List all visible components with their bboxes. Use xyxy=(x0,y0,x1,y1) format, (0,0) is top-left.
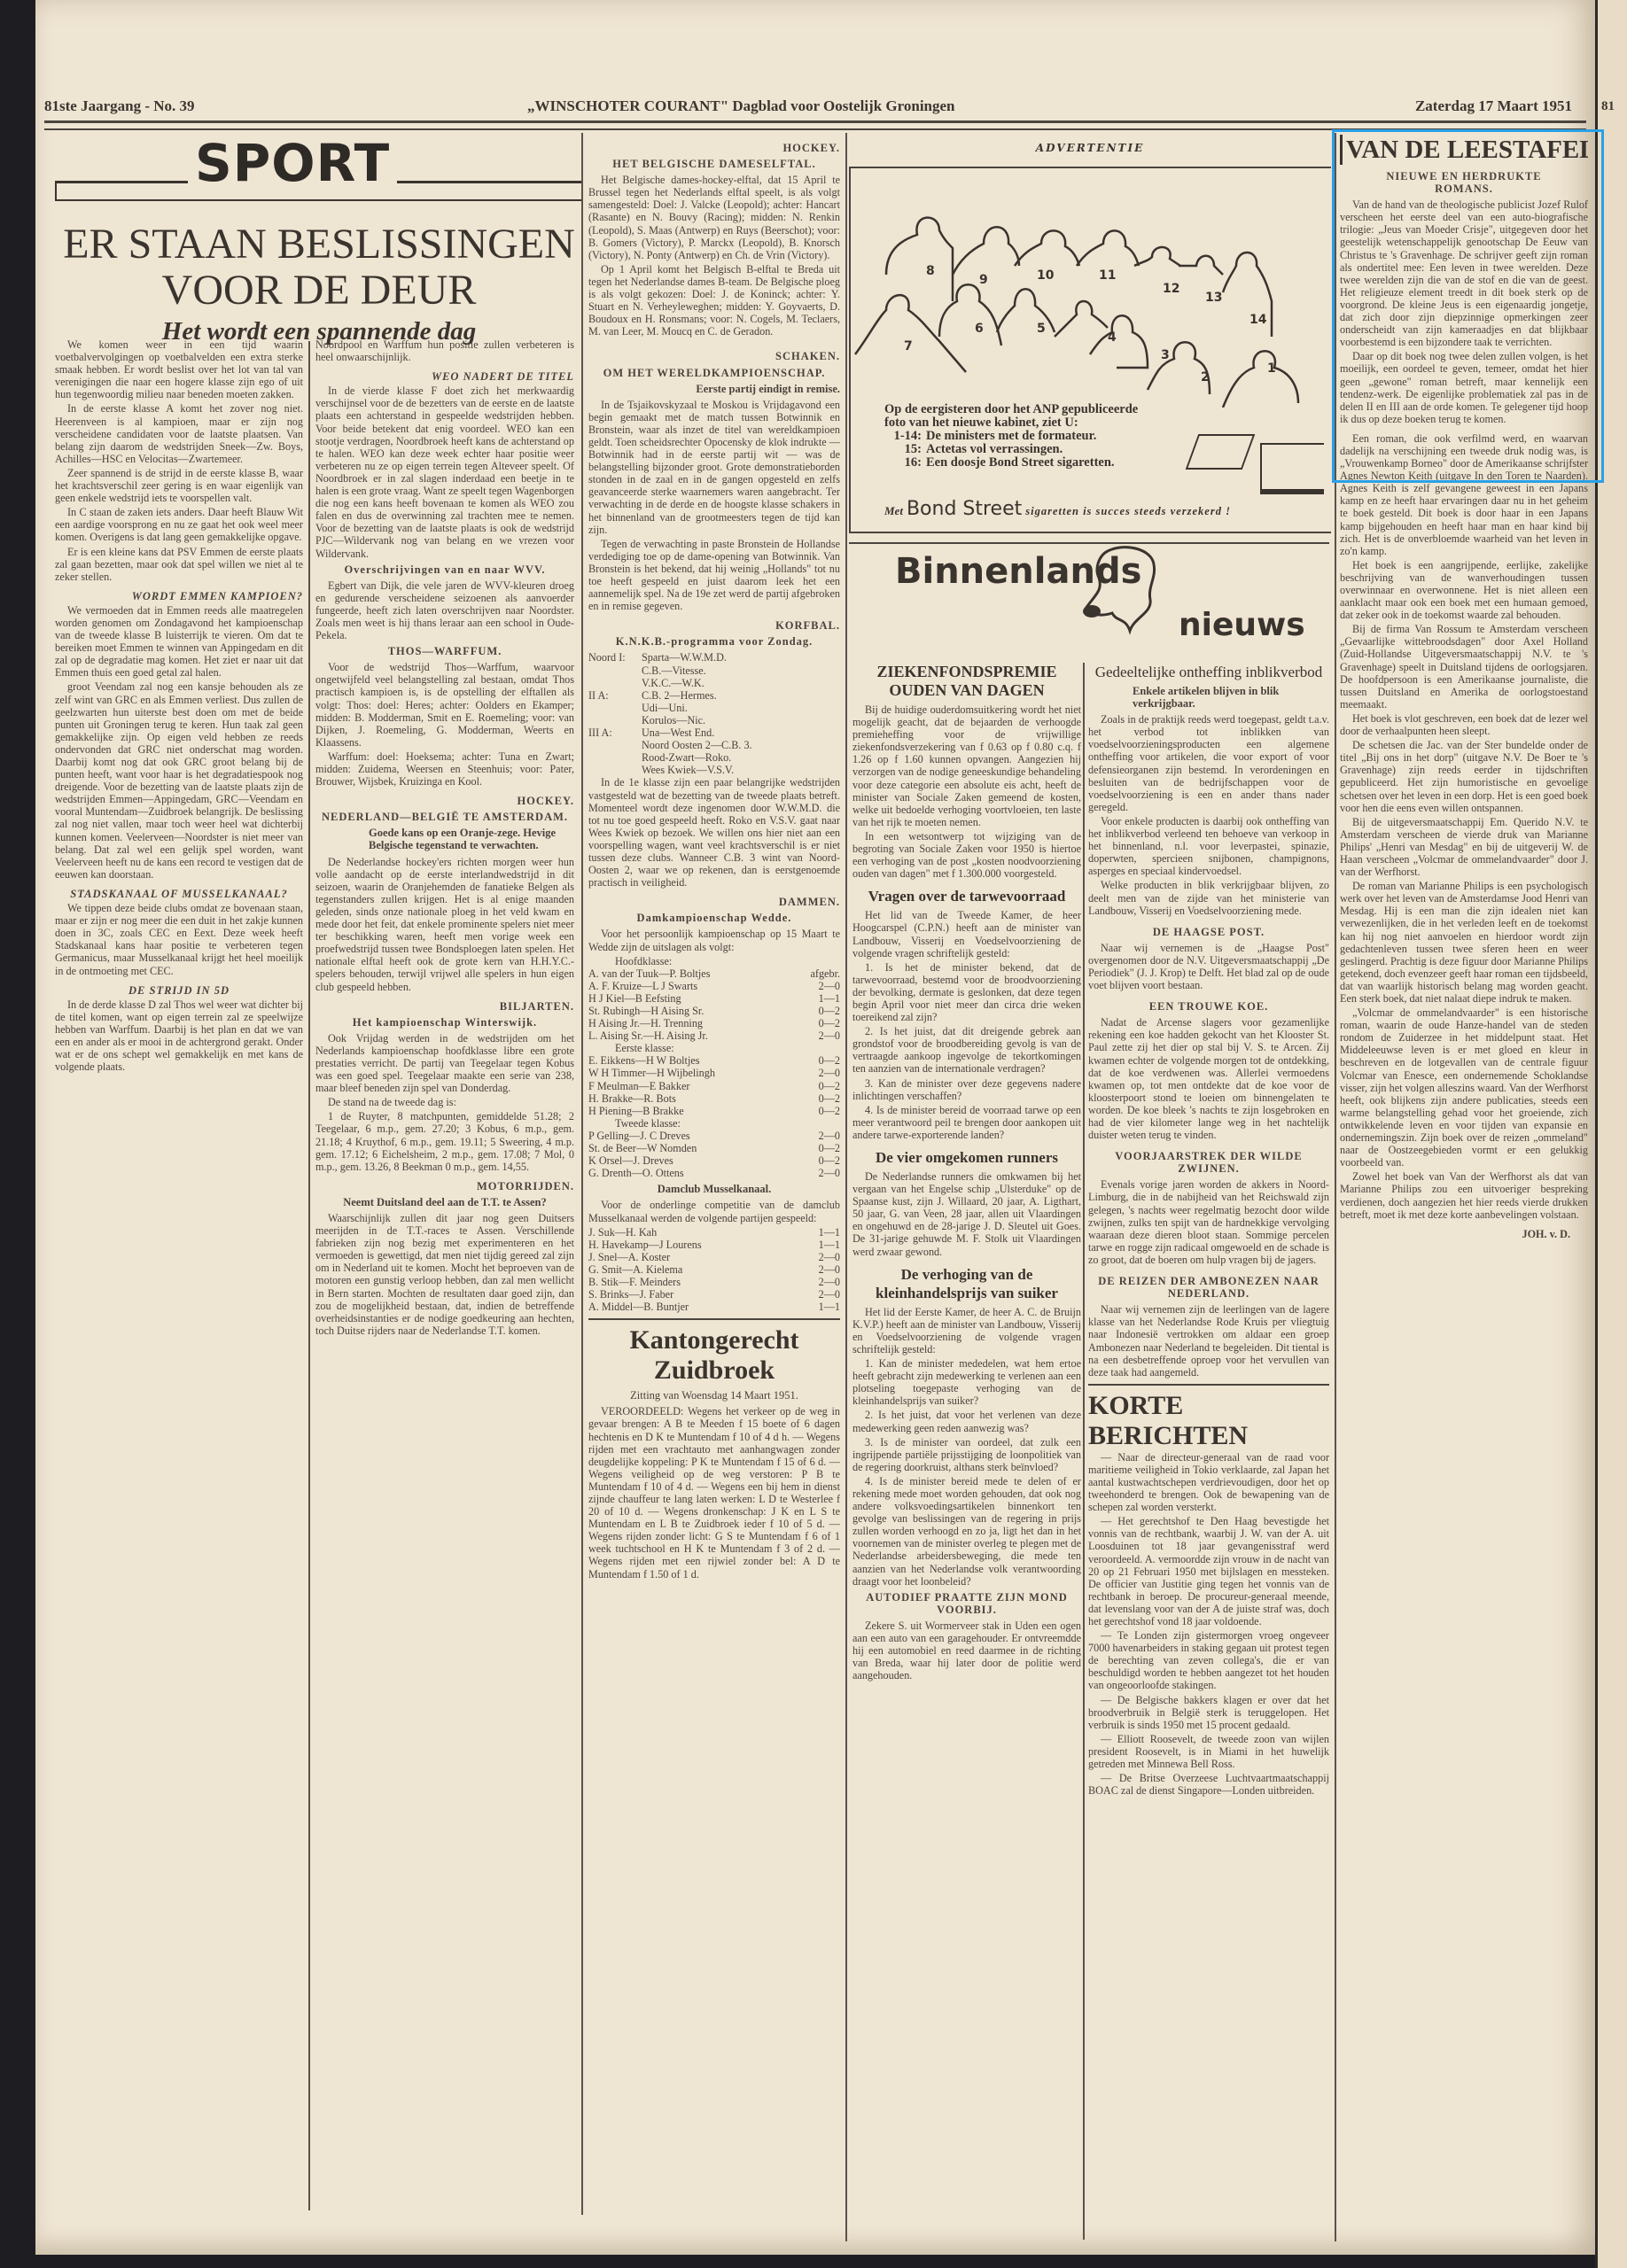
svg-text:1: 1 xyxy=(1267,361,1276,376)
dammen-results-table: Hoofdklasse:A. van der Tuuk—P. Boltjesaf… xyxy=(588,955,840,1180)
article-paragraph: In de derde klasse D zal Thos wel weer w… xyxy=(55,998,303,1074)
article-paragraph: 4. Is de minister bereid de voorraad tar… xyxy=(852,1104,1081,1141)
sport-column-3: HOCKEY. HET BELGISCHE DAMESELFTAL. Het B… xyxy=(588,142,840,2241)
korfbal-class: II A: xyxy=(588,689,642,702)
advertisement-caption: Op de eergisteren door het ANP gepublice… xyxy=(884,403,1150,470)
class-label: Tweede klasse: xyxy=(588,1117,840,1130)
svg-text:8: 8 xyxy=(926,264,935,278)
result-row: H. Brakke—R. Bots0—2 xyxy=(588,1092,840,1105)
section-heading: OM HET WERELDKAMPIOENSCHAP. xyxy=(588,367,840,379)
section-subheading: Het kampioenschap Winterswijk. xyxy=(315,1016,574,1029)
brand-name: Bond Street xyxy=(907,498,1022,520)
korfbal-row: Rood-Zwart—Roko. xyxy=(588,751,840,764)
kantongerecht-date: Zitting van Woensdag 14 Maart 1951. xyxy=(588,1389,840,1402)
svg-text:3: 3 xyxy=(1161,348,1170,362)
match-players: S. Brinks—J. Faber xyxy=(588,1288,673,1301)
korfbal-class: III A: xyxy=(588,726,642,739)
match-players: P Gelling—J. C Dreves xyxy=(588,1130,690,1142)
match-players: A. F. Kruize—L J Swarts xyxy=(588,980,697,992)
article-paragraph: Ook Vrijdag werden in de wedstrijden om … xyxy=(315,1032,574,1094)
result-row: St. de Beer—W Nomden0—2 xyxy=(588,1142,840,1154)
result-row: St. Rubingh—H Aising Sr.0—2 xyxy=(588,1005,840,1017)
korfbal-match: Wees Kwiek—V.S.V. xyxy=(642,764,734,776)
briefcase-icon xyxy=(1260,443,1324,494)
article-paragraph: De stand na de tweede dag is: xyxy=(315,1096,574,1108)
cabinet-cartoon-illustration: 1234567891011121314 xyxy=(851,177,1329,408)
korfbal-class: Noord I: xyxy=(588,651,642,664)
binnenlands-column-1: ZIEKENFONDSPREMIE OUDEN VAN DAGEN Bij de… xyxy=(852,663,1081,2249)
article-paragraph: Voor enkele producten is daarbij ook ont… xyxy=(1088,815,1329,877)
section-heading: NEDERLAND—BELGIË TE AMSTERDAM. xyxy=(315,811,574,823)
match-players: K Orsel—J. Dreves xyxy=(588,1154,673,1167)
korfbal-row: Udi—Uni. xyxy=(588,702,840,714)
article-paragraph: Noordpool en Warffum hun positie zullen … xyxy=(315,338,574,363)
result-row: A. Middel—B. Buntjer1—1 xyxy=(588,1301,840,1313)
section-heading: Neemt Duitsland deel aan de T.T. te Asse… xyxy=(315,1196,574,1208)
article-divider xyxy=(1088,1384,1329,1386)
section-heading: EEN TROUWE KOE. xyxy=(1088,1000,1329,1013)
article-paragraph: Er is een kleine kans dat PSV Emmen de e… xyxy=(55,546,303,583)
match-score: 1—1 xyxy=(819,1226,840,1239)
article-paragraph: De Nederlandse hockey'ers richten morgen… xyxy=(315,856,574,993)
article-paragraph: 3. Is de minister van oordeel, dat zulk … xyxy=(852,1436,1081,1473)
korfbal-class xyxy=(588,702,642,714)
match-players: St. Rubingh—H Aising Sr. xyxy=(588,1005,704,1017)
section-label: HOCKEY. xyxy=(588,142,840,154)
article-headline: ZIEKENFONDSPREMIE OUDEN VAN DAGEN xyxy=(852,663,1081,700)
section-heading: STADSKANAAL OF MUSSELKANAAL? xyxy=(55,888,303,900)
news-item: — Te Londen zijn gistermorgen vroeg onge… xyxy=(1088,1629,1329,1691)
result-row: G. Smit—A. Kielema2—0 xyxy=(588,1263,840,1276)
article-paragraph: We tippen deze beide clubs omdat ze bove… xyxy=(55,902,303,977)
match-score: afgebr. xyxy=(811,967,841,980)
section-heading: WORDT EMMEN KAMPIOEN? xyxy=(55,590,303,602)
result-row: P Gelling—J. C Dreves2—0 xyxy=(588,1130,840,1142)
match-score: 2—0 xyxy=(819,1276,840,1288)
article-paragraph: Op 1 April komt het Belgisch B-elftal te… xyxy=(588,263,840,338)
legend-item: 15:Actetas vol verrassingen. xyxy=(884,443,1150,456)
match-score: 0—2 xyxy=(819,1142,840,1154)
section-subheading: Goede kans op een Oranje-zege. Hevige Be… xyxy=(369,827,574,851)
result-row: A. van der Tuuk—P. Boltjesafgebr. xyxy=(588,967,840,980)
column-divider xyxy=(845,133,847,2241)
korfbal-program-table: Noord I:Sparta—W.W.M.D.C.B.—Vitesse.V.K.… xyxy=(588,651,840,776)
adjacent-page-masthead-fragment: 81 xyxy=(1601,99,1615,114)
svg-text:9: 9 xyxy=(979,273,988,287)
article-paragraph: In de Tsjaikovskyzaal te Moskou is Vrijd… xyxy=(588,399,840,536)
review-paragraph: Zowel het boek van Van der Werfhorst als… xyxy=(1340,1170,1588,1220)
article-paragraph: Zekere S. uit Wormerveer stak in Uden ee… xyxy=(852,1619,1081,1682)
match-score: 1—1 xyxy=(819,992,840,1005)
article-headline: Vragen over de tarwevoorraad xyxy=(852,887,1081,905)
article-paragraph: Zeer spannend is de strijd in de eerste … xyxy=(55,467,303,504)
article-headline: Gedeeltelijke ontheffing inblikverbod xyxy=(1088,663,1329,681)
kantongerecht-heading-1: Kantongerecht xyxy=(588,1325,840,1355)
match-score: 2—0 xyxy=(819,1167,840,1179)
match-score: 2—0 xyxy=(819,980,840,992)
match-players: G. Drenth—O. Ottens xyxy=(588,1167,684,1179)
match-players: H. Havekamp—J Lourens xyxy=(588,1239,702,1251)
match-players: W H Timmer—H Wijbelingh xyxy=(588,1067,715,1079)
section-subheading: Eerste partij eindigt in remise. xyxy=(588,383,840,395)
section-label: MOTORRIJDEN. xyxy=(315,1180,574,1192)
match-score: 0—2 xyxy=(819,1092,840,1105)
korfbal-match: Korulos—Nic. xyxy=(642,714,705,726)
match-players: F Meulman—E Bakker xyxy=(588,1080,689,1092)
section-label: DAMMEN. xyxy=(588,896,840,908)
result-row: H J Kiel—B Eefsting1—1 xyxy=(588,992,840,1005)
news-item: — De Belgische bakkers klagen er over da… xyxy=(1088,1694,1329,1731)
column-divider xyxy=(581,133,583,2215)
section-label: HOCKEY. xyxy=(315,795,574,807)
match-players: B. Stik—F. Meinders xyxy=(588,1276,681,1288)
sport-headline-1: ER STAAN BESLISSINGEN xyxy=(55,221,583,268)
match-score: 2—0 xyxy=(819,1029,840,1042)
match-score: 0—2 xyxy=(819,1054,840,1067)
volume-number: 81ste Jaargang - No. 39 xyxy=(44,97,195,115)
section-heading: DE REIZEN DER AMBONEZEN NAAR NEDERLAND. xyxy=(1088,1275,1329,1300)
korfbal-row: Noord I:Sparta—W.W.M.D. xyxy=(588,651,840,664)
match-score: 2—0 xyxy=(819,1288,840,1301)
article-paragraph: Egbert van Dijk, die vele jaren de WVV-k… xyxy=(315,579,574,641)
match-score: 2—0 xyxy=(819,1251,840,1263)
sport-headline-2: VOOR DE DEUR xyxy=(55,268,583,314)
match-score: 2—0 xyxy=(819,1067,840,1079)
section-heading: VOORJAARSTREK DER WILDE ZWIJNEN. xyxy=(1088,1150,1329,1175)
article-paragraph: In de 1e klasse zijn een paar belangrijk… xyxy=(588,776,840,889)
korfbal-class xyxy=(588,764,642,776)
korfbal-row: Korulos—Nic. xyxy=(588,714,840,726)
svg-text:14: 14 xyxy=(1249,313,1267,327)
article-paragraph: 1. Kan de minister mededelen, wat hem er… xyxy=(852,1357,1081,1407)
class-label: Hoofdklasse: xyxy=(588,955,840,967)
section-heading: Overschrijvingen van en naar WVV. xyxy=(315,563,574,576)
review-paragraph: Bij de uitgeversmaatschappij Em. Querido… xyxy=(1340,816,1588,878)
netherlands-map-icon xyxy=(1081,542,1161,640)
article-paragraph: Naar wij vernemen zijn de leerlingen van… xyxy=(1088,1303,1329,1379)
article-paragraph: Voor de wedstrijd Thos—Warffum, waarvoor… xyxy=(315,661,574,749)
article-paragraph: 4. Is de minister bereid mede te delen o… xyxy=(852,1475,1081,1588)
article-paragraph: VEROORDEELD: Wegens het verkeer op de we… xyxy=(588,1405,840,1580)
svg-text:5: 5 xyxy=(1037,322,1046,336)
korfbal-match: C.B. 2—Hermes. xyxy=(642,689,717,702)
result-row: F Meulman—E Bakker0—2 xyxy=(588,1080,840,1092)
section-heading: HET BELGISCHE DAMESELFTAL. xyxy=(588,158,840,170)
match-players: J. Snel—A. Koster xyxy=(588,1251,670,1263)
korfbal-row: III A:Una—West End. xyxy=(588,726,840,739)
article-paragraph: Evenals vorige jaren worden de akkers in… xyxy=(1088,1178,1329,1266)
article-headline: De vier omgekomen runners xyxy=(852,1148,1081,1167)
match-players: E. Eikkens—H W Boltjes xyxy=(588,1054,699,1067)
korfbal-class xyxy=(588,739,642,751)
review-paragraph: „Volcmar de ommelandvaarder" is een hist… xyxy=(1340,1006,1588,1169)
match-score: 2—0 xyxy=(819,1130,840,1142)
result-row: W H Timmer—H Wijbelingh2—0 xyxy=(588,1067,840,1079)
result-row: K Orsel—J. Dreves0—2 xyxy=(588,1154,840,1167)
article-paragraph: Warffum: doel: Hoeksema; achter: Tuna en… xyxy=(315,750,574,788)
korfbal-match: Udi—Uni. xyxy=(642,702,688,714)
news-item: — De Britse Overzeese Luchtvaartmaatscha… xyxy=(1088,1772,1329,1797)
advertisement-slogan: Met Bond Street sigaretten is succes ste… xyxy=(884,498,1327,520)
article-paragraph: 2. Is het juist, dat dit dreigende gebre… xyxy=(852,1025,1081,1075)
match-score: 0—2 xyxy=(819,1105,840,1117)
article-paragraph: Het lid van de Tweede Kamer, de heer Hoo… xyxy=(852,909,1081,959)
article-paragraph: In de vierde klasse F doet zich het merk… xyxy=(315,384,574,559)
korfbal-match: C.B.—Vitesse. xyxy=(642,664,706,677)
korfbal-match: Rood-Zwart—Roko. xyxy=(642,751,731,764)
svg-text:2: 2 xyxy=(1201,370,1210,384)
article-paragraph: Waarschijnlijk zullen dit jaar nog geen … xyxy=(315,1212,574,1337)
section-heading: AUTODIEF PRAATTE ZIJN MOND VOORBIJ. xyxy=(852,1591,1081,1616)
article-paragraph: groot Veendam zal nog een kansje behoude… xyxy=(55,680,303,881)
newspaper-title: „WINSCHOTER COURANT" Dagblad voor Oostel… xyxy=(527,97,955,115)
korfbal-row: V.K.C.—W.K. xyxy=(588,677,840,689)
review-paragraph: De roman van Marianne Philips is een psy… xyxy=(1340,880,1588,1005)
article-paragraph: 3. Kan de minister over deze gegevens na… xyxy=(852,1077,1081,1102)
svg-text:6: 6 xyxy=(975,322,984,336)
match-players: L. Aising Sr.—H. Aising Jr. xyxy=(588,1029,708,1042)
review-paragraph: Het boek is een aangrijpende, eerlijke, … xyxy=(1340,559,1588,621)
section-subheading: Enkele artikelen blijven in blik verkrij… xyxy=(1133,685,1329,710)
svg-text:13: 13 xyxy=(1205,291,1222,305)
korfbal-row: C.B.—Vitesse. xyxy=(588,664,840,677)
section-heading: Damclub Musselkanaal. xyxy=(588,1183,840,1195)
article-paragraph: Het Belgische dames-hockey-elftal, dat 1… xyxy=(588,174,840,261)
result-row: J. Snel—A. Koster2—0 xyxy=(588,1251,840,1263)
legend-item: 16:Een doosje Bond Street sigaretten. xyxy=(884,456,1150,470)
match-players: H. Brakke—R. Bots xyxy=(588,1092,676,1105)
match-score: 0—2 xyxy=(819,1005,840,1017)
news-item: — Het gerechtshof te Den Haag bevestigde… xyxy=(1088,1515,1329,1627)
result-row: E. Eikkens—H W Boltjes0—2 xyxy=(588,1054,840,1067)
result-row: A. F. Kruize—L J Swarts2—0 xyxy=(588,980,840,992)
article-paragraph: Zoals in de praktijk reeds werd toegepas… xyxy=(1088,713,1329,813)
article-paragraph: In een wetsontwerp tot wijziging van de … xyxy=(852,830,1081,880)
column-divider xyxy=(1083,663,1085,2240)
legend-item: 1-14:De ministers met de formateur. xyxy=(884,430,1150,443)
korfbal-match: Noord Oosten 2—C.B. 3. xyxy=(642,739,752,751)
result-row: L. Aising Sr.—H. Aising Jr.2—0 xyxy=(588,1029,840,1042)
match-score: 0—2 xyxy=(819,1080,840,1092)
korfbal-row: II A:C.B. 2—Hermes. xyxy=(588,689,840,702)
caption-legend: 1-14:De ministers met de formateur.15:Ac… xyxy=(884,430,1150,470)
article-paragraph: We vermoeden dat in Emmen reeds alle maa… xyxy=(55,604,303,680)
korfbal-match: V.K.C.—W.K. xyxy=(642,677,705,689)
section-heading: K.N.K.B.-programma voor Zondag. xyxy=(588,635,840,648)
sport-logo: SPORT xyxy=(188,133,397,193)
section-heading: WEO NADERT DE TITEL xyxy=(315,370,574,383)
article-paragraph: Naar wij vernemen is de „Haagse Post" ov… xyxy=(1088,942,1329,991)
article-paragraph: Voor de onderlinge competitie van de dam… xyxy=(588,1199,840,1223)
match-players: G. Smit—A. Kielema xyxy=(588,1263,682,1276)
match-players: A. van der Tuuk—P. Boltjes xyxy=(588,967,710,980)
korfbal-class xyxy=(588,714,642,726)
svg-text:10: 10 xyxy=(1037,268,1055,283)
selection-highlight xyxy=(1332,129,1604,483)
match-players: J. Suk—H. Kah xyxy=(588,1226,657,1239)
korfbal-match: Una—West End. xyxy=(642,726,714,739)
match-score: 1—1 xyxy=(819,1239,840,1251)
article-paragraph: In de eerste klasse A komt het zover nog… xyxy=(55,402,303,464)
sport-column-1: We komen weer in een tijd waarin voetbal… xyxy=(55,338,303,2217)
article-paragraph: De Nederlandse runners die omkwamen bij … xyxy=(852,1170,1081,1258)
section-label: SCHAKEN. xyxy=(588,350,840,362)
article-paragraph: We komen weer in een tijd waarin voetbal… xyxy=(55,338,303,400)
masthead: 81ste Jaargang - No. 39 „WINSCHOTER COUR… xyxy=(44,97,1586,117)
match-score: 0—2 xyxy=(819,1154,840,1167)
article-paragraph: 1 de Ruyter, 8 matchpunten, gemiddelde 5… xyxy=(315,1110,574,1172)
binnenlands-title-2: nieuws xyxy=(1179,607,1305,643)
cigarette-box-icon xyxy=(1186,434,1256,470)
news-item: — Naar de directeur-generaal van de raad… xyxy=(1088,1451,1329,1513)
match-players: St. de Beer—W Nomden xyxy=(588,1142,697,1154)
match-score: 1—1 xyxy=(819,1301,840,1313)
news-item: — Elliott Roosevelt, de tweede zoon van … xyxy=(1088,1733,1329,1770)
section-label: BILJARTEN. xyxy=(315,1000,574,1013)
article-paragraph: Nadat de Arcense slagers voor gezamenlij… xyxy=(1088,1016,1329,1141)
article-paragraph: 2. Is het juist, dat voor het verlenen v… xyxy=(852,1409,1081,1433)
korfbal-class xyxy=(588,664,642,677)
korfbal-class xyxy=(588,677,642,689)
article-paragraph: Welke producten in blik verkrijgbaar bli… xyxy=(1088,879,1329,916)
match-players: A. Middel—B. Buntjer xyxy=(588,1301,689,1313)
article-headline: De verhoging van de kleinhandelsprijs va… xyxy=(852,1265,1081,1302)
match-score: 0—2 xyxy=(819,1017,840,1029)
result-row: H. Havekamp—J Lourens1—1 xyxy=(588,1239,840,1251)
issue-date: Zaterdag 17 Maart 1951 xyxy=(1415,97,1572,115)
review-paragraph: Bij de firma Van Rossum te Amsterdam ver… xyxy=(1340,623,1588,711)
sport-column-2: Noordpool en Warffum hun positie zullen … xyxy=(315,338,574,2217)
match-players: H Aising Jr.—H. Trenning xyxy=(588,1017,703,1029)
advertisement-label: ADVERTENTIE xyxy=(851,142,1329,154)
author-signature: JOH. v. D. xyxy=(1340,1228,1588,1240)
sport-header: SPORT ER STAAN BESLISSINGEN VOOR DE DEUR… xyxy=(55,133,583,346)
result-row: H Aising Jr.—H. Trenning0—2 xyxy=(588,1017,840,1029)
column-divider xyxy=(308,341,310,2210)
result-row: H Piening—B Brakke0—2 xyxy=(588,1105,840,1117)
korfbal-match: Sparta—W.W.M.D. xyxy=(642,651,727,664)
binnenlands-column-2: Gedeeltelijke ontheffing inblikverbod En… xyxy=(1088,663,1329,2249)
article-divider xyxy=(588,1318,840,1320)
sport-logo-block: SPORT xyxy=(55,133,583,209)
result-row: G. Drenth—O. Ottens2—0 xyxy=(588,1167,840,1179)
section-heading: Damkampioenschap Wedde. xyxy=(588,912,840,924)
svg-text:7: 7 xyxy=(904,339,913,353)
svg-text:11: 11 xyxy=(1099,268,1116,283)
section-heading: DE HAAGSE POST. xyxy=(1088,926,1329,938)
article-paragraph: Voor het persoonlijk kampioenschap op 15… xyxy=(588,928,840,952)
damclub-results-table: J. Suk—H. Kah1—1H. Havekamp—J Lourens1—1… xyxy=(588,1226,840,1314)
section-label: KORFBAL. xyxy=(588,619,840,632)
article-paragraph: 1. Is het de minister bekend, dat de tar… xyxy=(852,961,1081,1023)
article-paragraph: Tegen de verwachting in paste Bronstein … xyxy=(588,538,840,613)
article-paragraph: In C staan de zaken iets anders. Daar he… xyxy=(55,506,303,543)
svg-text:4: 4 xyxy=(1108,330,1117,345)
review-paragraph: De schetsen die Jac. van der Ster bundel… xyxy=(1340,739,1588,814)
korfbal-class xyxy=(588,751,642,764)
article-paragraph: Bij de huidige ouderdomsuitkering wordt … xyxy=(852,703,1081,828)
match-score: 2—0 xyxy=(819,1263,840,1276)
class-label: Eerste klasse: xyxy=(588,1042,840,1054)
kantongerecht-heading-2: Zuidbroek xyxy=(588,1355,840,1386)
match-players: H J Kiel—B Eefsting xyxy=(588,992,681,1005)
result-row: S. Brinks—J. Faber2—0 xyxy=(588,1288,840,1301)
match-players: H Piening—B Brakke xyxy=(588,1105,684,1117)
section-heading: DE STRIJD IN 5D xyxy=(55,984,303,997)
korfbal-row: Wees Kwiek—V.S.V. xyxy=(588,764,840,776)
article-paragraph: Het lid der Eerste Kamer, de heer A. C. … xyxy=(852,1306,1081,1355)
result-row: B. Stik—F. Meinders2—0 xyxy=(588,1276,840,1288)
review-paragraph: Het boek is vlot geschreven, een boek da… xyxy=(1340,712,1588,737)
result-row: J. Suk—H. Kah1—1 xyxy=(588,1226,840,1239)
svg-text:12: 12 xyxy=(1163,282,1179,296)
korte-berichten-heading: KORTE BERICHTEN xyxy=(1088,1391,1329,1451)
section-heading: THOS—WARFFUM. xyxy=(315,645,574,657)
korfbal-row: Noord Oosten 2—C.B. 3. xyxy=(588,739,840,751)
caption-intro: Op de eergisteren door het ANP gepublice… xyxy=(884,403,1150,430)
bond-street-advertisement: 1234567891011121314 Op de eergisteren do… xyxy=(849,167,1331,533)
